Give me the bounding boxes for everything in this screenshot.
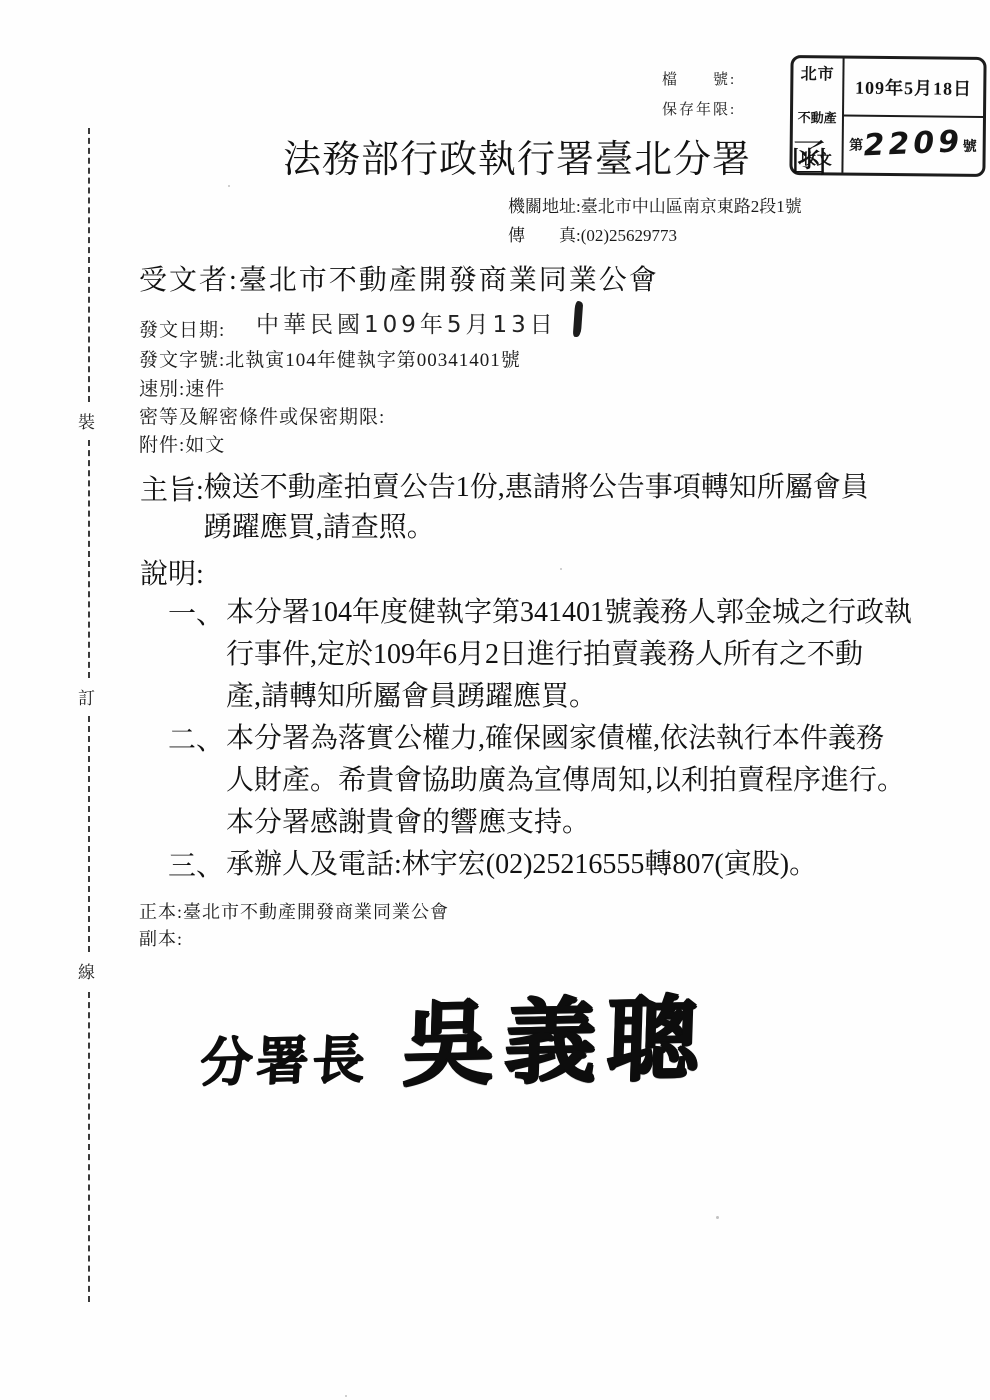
item-1-line-1: 本分署104年度健執字第341401號義務人郭金城之行政執 bbox=[226, 592, 912, 634]
cc-copy-line: 副本: bbox=[139, 925, 183, 951]
agency-fax: 傳 真:(02)25629773 bbox=[508, 221, 677, 246]
item-2-line-1: 本分署為落實公權力,確保國家債權,依法執行本件義務 bbox=[226, 718, 905, 760]
item-2-line-3: 本分署感謝貴會的響應支持。 bbox=[226, 802, 905, 844]
ink-smudge bbox=[573, 301, 583, 337]
agency-address: 機關地址:臺北市中山區南京東路2段1號 bbox=[508, 192, 802, 217]
item-1-line-3: 產,請轉知所屬會員踴躍應買。 bbox=[226, 676, 912, 718]
binding-mark-zhuang: 裝 bbox=[78, 408, 95, 433]
item-3-line-1: 承辦人及電話:林宇宏(02)25216555轉807(寅股)。 bbox=[226, 844, 817, 886]
item-2-line-2: 人財產。希貴會協助廣為宣傳周知,以利拍賣程序進行。 bbox=[226, 760, 905, 802]
issue-date-label: 發文日期: bbox=[139, 315, 225, 342]
item-1-line-2: 行事件,定於109年6月2日進行拍賣義務人所有之不動 bbox=[226, 634, 912, 676]
item-1-number: 一、 bbox=[168, 592, 226, 632]
recipient-line: 受文者:臺北市不動產開發商業同業公會 bbox=[139, 258, 659, 298]
doc-number-line: 發文字號:北執寅104年健執字第00341401號 bbox=[139, 345, 521, 372]
description-item-2: 二、 本分署為落實公權力,確保國家債權,依法執行本件義務 人財產。希貴會協助廣為… bbox=[168, 718, 912, 844]
document-title: 法務部行政執行署臺北分署 函 bbox=[283, 128, 829, 183]
scan-speck bbox=[716, 1216, 719, 1219]
received-stamp-number-row: 第 2209 號 bbox=[843, 117, 983, 174]
speed-line: 速別:速件 bbox=[139, 374, 225, 401]
stamp-number-handwritten: 2209 bbox=[862, 124, 963, 163]
stamp-org-line1: 北市 bbox=[801, 61, 835, 84]
description-item-1: 一、 本分署104年度健執字第341401號義務人郭金城之行政執 行事件,定於1… bbox=[168, 592, 912, 718]
binding-dash-line-4 bbox=[88, 992, 90, 1302]
binding-mark-xian: 線 bbox=[78, 958, 95, 983]
issue-date-stamp: 中華民國109年5月13日 bbox=[256, 306, 557, 339]
item-1-text: 本分署104年度健執字第341401號義務人郭金城之行政執 行事件,定於109年… bbox=[226, 592, 912, 718]
signature-block: 分署長 吳義聰 bbox=[199, 965, 710, 1108]
description-label: 說明: bbox=[140, 552, 204, 592]
stamp-number-suffix: 號 bbox=[963, 136, 977, 156]
description-items: 一、 本分署104年度健執字第341401號義務人郭金城之行政執 行事件,定於1… bbox=[168, 592, 912, 886]
subject-block: 主旨: 檢送不動產拍賣公告1份,惠請將公告事項轉知所屬會員 踴躍應買,請查照。 bbox=[140, 468, 929, 548]
description-item-3: 三、 承辦人及電話:林宇宏(02)25216555轉807(寅股)。 bbox=[168, 844, 912, 886]
item-2-number: 二、 bbox=[168, 718, 226, 758]
scan-speck bbox=[228, 185, 230, 187]
signature-name: 吳義聰 bbox=[400, 965, 710, 1104]
scan-speck bbox=[560, 568, 562, 570]
binding-dash-line-2 bbox=[88, 440, 90, 678]
security-line: 密等及解密條件或保密期限: bbox=[139, 402, 385, 429]
binding-dash-line-1 bbox=[88, 128, 90, 402]
binding-dash-line-3 bbox=[88, 716, 90, 952]
item-2-text: 本分署為落實公權力,確保國家債權,依法執行本件義務 人財產。希貴會協助廣為宣傳周… bbox=[226, 718, 905, 844]
scan-speck bbox=[345, 1395, 347, 1397]
attachment-line: 附件:如文 bbox=[139, 430, 225, 457]
item-3-text: 承辦人及電話:林宇宏(02)25216555轉807(寅股)。 bbox=[226, 844, 817, 886]
retention-period-label: 保存年限: bbox=[662, 98, 736, 119]
file-number-label: 檔 號: bbox=[662, 68, 736, 89]
binding-mark-ding: 訂 bbox=[78, 684, 95, 709]
original-copy-line: 正本:臺北市不動產開發商業同業公會 bbox=[139, 898, 449, 924]
subject-label: 主旨: bbox=[140, 468, 204, 508]
subject-text-line2: 踴躍應買,請查照。 bbox=[204, 508, 929, 548]
stamp-number-prefix: 第 bbox=[849, 135, 863, 155]
subject-text-line1: 檢送不動產拍賣公告1份,惠請將公告事項轉知所屬會員 bbox=[204, 468, 929, 508]
document-page: 裝 訂 線 檔 號: 保存年限: 北市 不動產 收文 109年5月18日 第 2… bbox=[0, 0, 990, 1400]
stamp-org-line2: 不動產 bbox=[798, 107, 837, 126]
received-stamp-body: 109年5月18日 第 2209 號 bbox=[843, 59, 984, 174]
signature-title: 分署長 bbox=[199, 1017, 371, 1096]
item-3-number: 三、 bbox=[168, 844, 226, 884]
subject-text: 檢送不動產拍賣公告1份,惠請將公告事項轉知所屬會員 踴躍應買,請查照。 bbox=[204, 468, 929, 548]
received-stamp-date: 109年5月18日 bbox=[843, 59, 983, 118]
